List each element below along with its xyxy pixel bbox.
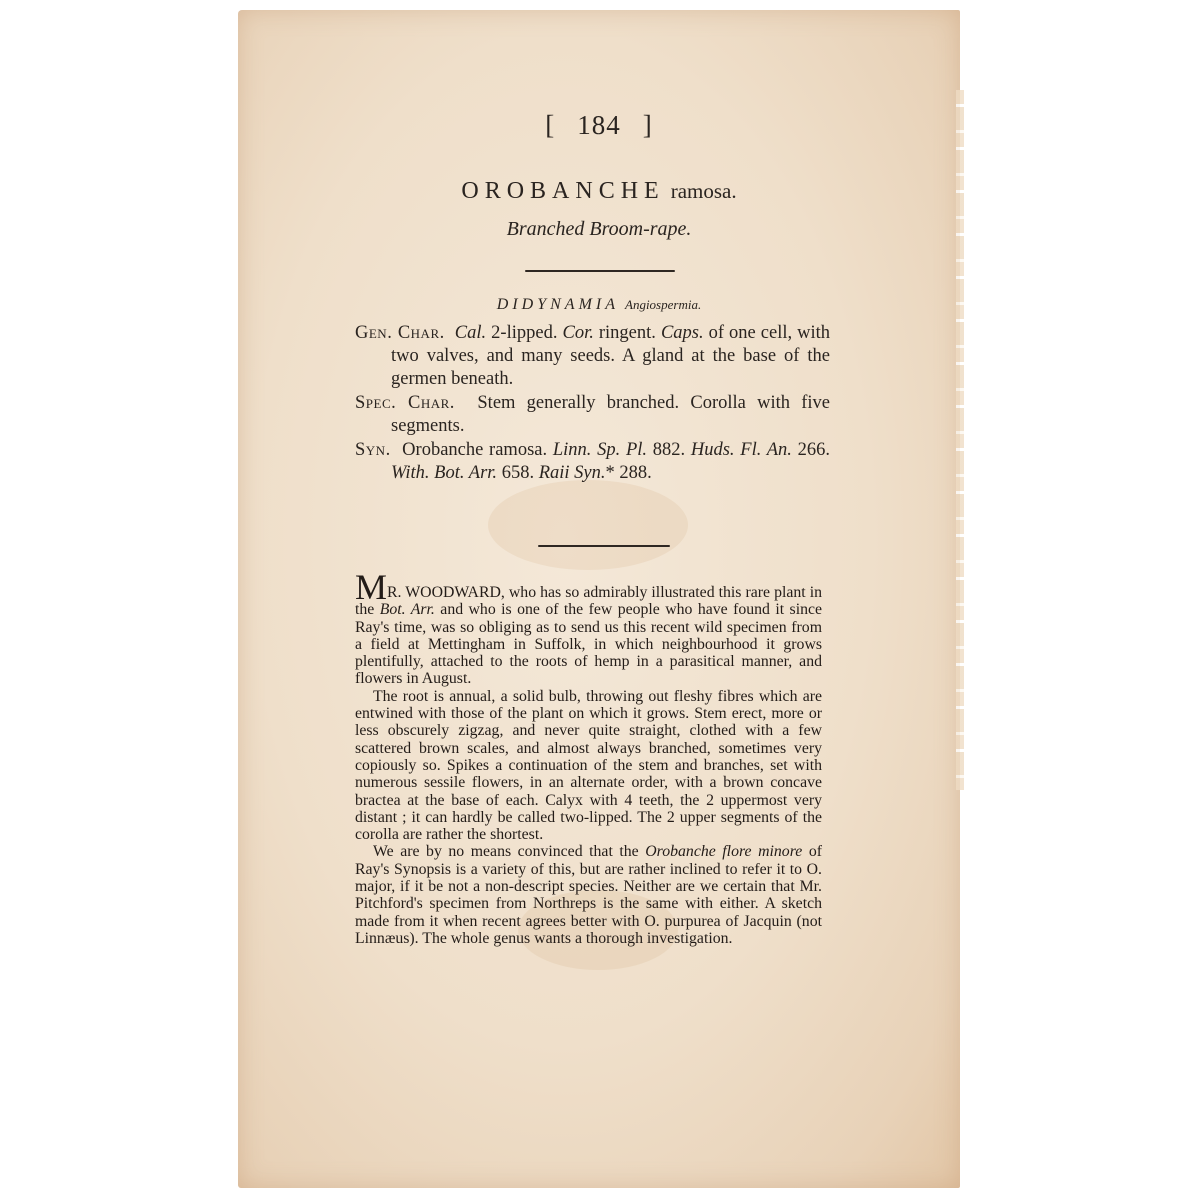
species-name: ramosa. [671,179,737,203]
char-label: Spec. Char. [355,393,455,413]
order-name: Angiospermia. [625,297,701,312]
divider-rule [538,545,670,547]
page-number-value: 184 [577,110,621,140]
specific-character: Spec. Char. Stem generally branched. Cor… [355,392,830,438]
generic-character: Gen. Char. Cal. 2-lipped. Cor. ringent. … [355,322,830,391]
species-title: OROBANCHEramosa. [238,178,960,205]
paragraph: The root is annual, a solid bulb, throwi… [355,688,822,844]
characters-block: Gen. Char. Cal. 2-lipped. Cor. ringent. … [355,322,830,486]
synonyms: Syn. Orobanche ramosa. Linn. Sp. Pl. 882… [355,439,830,485]
paragraph: We are by no means convinced that the Or… [355,843,822,947]
book-page: [184] OROBANCHEramosa. Branched Broom-ra… [238,10,960,1188]
linnaean-class: DIDYNAMIAAngiospermia. [238,296,960,314]
char-label: Syn. [355,440,391,460]
description-text: MR. WOODWARD, who has so admirably illus… [355,577,822,947]
char-label: Gen. Char. [355,323,445,343]
paper-stain [488,480,688,570]
page-number: [184] [238,110,960,141]
class-name: DIDYNAMIA [497,296,619,313]
divider-rule [525,270,675,272]
paragraph: MR. WOODWARD, who has so admirably illus… [355,577,822,688]
common-name: Branched Broom-rape. [238,218,960,241]
genus-name: OROBANCHE [461,178,664,204]
